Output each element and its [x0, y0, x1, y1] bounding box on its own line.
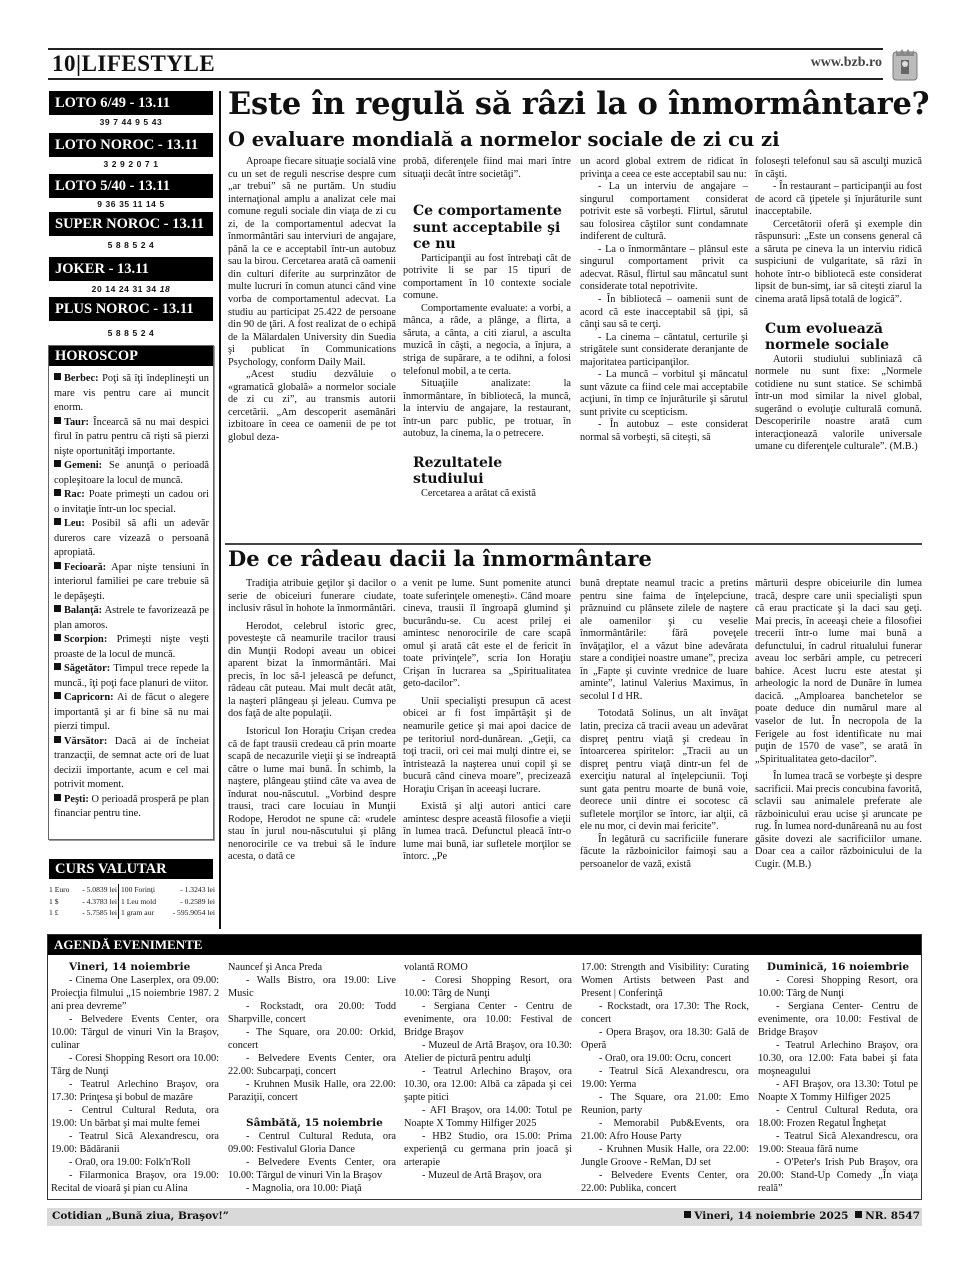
horoscope-item: Peşti: O perioadă prosperă pe plan finan… [54, 793, 209, 822]
currency-value: - 4.3783 lei [82, 896, 117, 908]
paragraph: a venit pe lume. Sunt pomenite atunci to… [403, 578, 571, 691]
horoscope-item: Fecioară: Apar nişte tensiuni în interio… [54, 561, 209, 605]
agenda-event: - Belvedere Events Center, ora 22.00: Pu… [581, 1169, 749, 1195]
paragraph: Totodată Solinus, un alt învăţat latin, … [580, 708, 748, 833]
bullet-square-icon [54, 605, 61, 612]
bullet-square-icon [54, 634, 61, 641]
currency-unit: 100 Forinţi [121, 884, 155, 896]
lotto-649-title: LOTO 6/49 - 13.11 [49, 91, 213, 115]
bullet-square-icon [684, 1211, 691, 1218]
agenda-event: - Teatrul Arlechino Braşov, ora 10.30, o… [758, 1039, 918, 1078]
agenda-event-continued: 17.00: Strength and Visibility: Curating… [581, 961, 749, 1000]
article1-subheading-3: Cum evoluează normele sociale [765, 321, 922, 354]
currency-unit: 1 £ [49, 907, 59, 919]
currency-row: 100 Forinţi- 1.3243 lei [121, 884, 215, 896]
currency-unit: 1 gram aur [121, 907, 154, 919]
sign-name: Leu: [64, 518, 85, 529]
agenda-event: - Centrul Cultural Reduta, ora 19.00: Un… [51, 1104, 219, 1130]
article1-subheading-2: Rezultatele studiului [413, 455, 571, 488]
bullet-square-icon [54, 417, 61, 424]
agenda-event: - Coresi Shopping Resort ora 10.00: Târg… [51, 1052, 219, 1078]
bullet-square-icon [54, 562, 61, 569]
article2-column-2: a venit pe lume. Sunt pomenite atunci to… [403, 578, 571, 864]
agenda-event: - Centrul Cultural Reduta, ora 18.00: Fr… [758, 1104, 918, 1130]
paragraph: - În restaurant – participanţii au fost … [755, 181, 922, 219]
agenda-event: - Belvedere Events Center, ora 22.00: Su… [228, 1052, 396, 1078]
agenda-event: - Teatrul Sică Alexandrescu, ora 19.00: … [581, 1065, 749, 1091]
article2-column-1: Tradiţia atribuie geţilor şi dacilor o s… [228, 578, 396, 864]
coat-of-arms-icon [890, 46, 920, 84]
bullet-square-icon [54, 373, 61, 380]
paragraph: În lumea tracă se vorbeşte şi despre sac… [755, 771, 922, 871]
joker-title: JOKER - 13.11 [49, 257, 213, 281]
currency-row: 1 Euro- 5.0839 lei [49, 884, 117, 896]
agenda-event: - Teatrul Arlechino Braşov, ora 17.30: P… [51, 1078, 219, 1104]
issue-date: Vineri, 14 noiembrie 2025 [694, 1210, 848, 1222]
agenda-event: - Kruhnen Musik Halle, ora 22.00: Parazi… [228, 1078, 396, 1104]
currency-column-right: 100 Forinţi- 1.3243 lei 1 Leu mold- 0.25… [119, 884, 215, 919]
paragraph: un acord global extrem de ridicat în pri… [580, 156, 748, 181]
events-agenda: AGENDĂ EVENIMENTE Vineri, 14 noiembrie -… [47, 934, 922, 1200]
agenda-event: - Belvedere Events Center, ora 10.00: Tâ… [51, 1013, 219, 1052]
agenda-event: - Teatrul Arlechino Braşov, ora 10.30, o… [404, 1065, 572, 1104]
agenda-column-3: volantă ROMO - Coresi Shopping Resort, o… [404, 961, 572, 1182]
currency-value: - 1.3243 lei [180, 884, 215, 896]
plus-noroc-title: PLUS NOROC - 13.11 [49, 297, 213, 321]
agenda-event: - Cinema One Laserplex, ora 09.00: Proie… [51, 974, 219, 1013]
agenda-event: - Coresi Shopping Resort, ora 10.00: Târ… [404, 974, 572, 1000]
agenda-event: - The Square, ora 20.00: Orkid, concert [228, 1026, 396, 1052]
agenda-event: - Opera Braşov, ora 18.30: Gală de Operă [581, 1026, 749, 1052]
page-section-title: 10|LIFESTYLE [52, 51, 215, 77]
agenda-column-5: Duminică, 16 noiembrie - Coresi Shopping… [758, 961, 918, 1195]
currency-value: - 0.2589 lei [180, 896, 215, 908]
agenda-event: - Belvedere Events Center, ora 10.00: Tâ… [228, 1156, 396, 1182]
agenda-event-continued: volantă ROMO [404, 961, 572, 974]
currency-row: 1 £- 5.7585 lei [49, 907, 117, 919]
currency-column-left: 1 Euro- 5.0839 lei 1 $- 4.3783 lei 1 £- … [49, 884, 119, 919]
bullet-square-icon [54, 794, 61, 801]
sign-name: Balanţă: [64, 605, 102, 616]
agenda-event: - AFI Braşov, ora 13.30: Totul pe Noapte… [758, 1078, 918, 1104]
currency-value: - 5.0839 lei [82, 884, 117, 896]
bullet-square-icon [54, 489, 61, 496]
article1-headline: Este în regulă să râzi la o înmormântare… [228, 86, 929, 122]
paragraph: Cercetarea a arătat că există [403, 488, 571, 501]
horoscope-item: Rac: Poate primeşti un cadou ori o invit… [54, 488, 209, 517]
agenda-event: - Ora0, ora 19.00: Folk'n'Roll [51, 1156, 219, 1169]
horoscope-item: Berbec: Poţi să îţi îndeplineşti un mare… [54, 372, 209, 416]
article-separator [225, 543, 922, 545]
plus-noroc-numbers: 5 8 8 5 2 4 [49, 328, 213, 338]
article1-column-3: un acord global extrem de ridicat în pri… [580, 156, 748, 445]
paragraph: Comportamente evaluate: a vorbi, a mânca… [403, 303, 571, 378]
issue-number: NR. 8547 [865, 1210, 920, 1222]
currency-value: - 5.7585 lei [82, 907, 117, 919]
joker-numbers: 20 14 24 31 34 18 [49, 284, 213, 294]
agenda-event: - Teatrul Sică Alexandrescu, ora 19.00: … [51, 1130, 219, 1156]
bullet-square-icon [54, 692, 61, 699]
agenda-event: - Rockstadt, ora 20.00: Todd Sharpville,… [228, 1000, 396, 1026]
loto-noroc-numbers: 3 2 9 2 0 7 1 [49, 159, 213, 169]
agenda-event: - Muzeul de Artă Braşov, ora 10.30: Atel… [404, 1039, 572, 1065]
article2-headline: De ce râdeau dacii la înmormântare [228, 546, 652, 571]
paragraph: - În autobuz – este considerat normal să… [580, 419, 748, 444]
agenda-event: - Ora0, ora 19.00: Ocru, concert [581, 1052, 749, 1065]
paragraph: Există şi alţi autori antici care aminte… [403, 801, 571, 864]
agenda-event: - Walls Bistro, ora 19.00: Live Music [228, 974, 396, 1000]
sign-name: Capricorn: [64, 692, 114, 703]
section-name: LIFESTYLE [82, 51, 216, 76]
currency-unit: 1 Leu mold [121, 896, 156, 908]
agenda-day-heading: Sâmbătă, 15 noiembrie [228, 1117, 396, 1130]
agenda-event-continued: Nauncef şi Anca Preda [228, 961, 396, 974]
agenda-column-1: Vineri, 14 noiembrie - Cinema One Laserp… [51, 961, 219, 1195]
lotto-649-numbers: 39 7 44 9 5 43 [49, 117, 213, 127]
agenda-event: - HB2 Studio, ora 15.00: Prima experienţ… [404, 1130, 572, 1169]
paragraph: probă, diferenţele fiind mai mari între … [403, 156, 571, 181]
agenda-event: - Coresi Shopping Resort, ora 10.00: Târ… [758, 974, 918, 1000]
horoscope-item: Săgetător: Timpul trece repede la muncă.… [54, 662, 209, 691]
agenda-event: - Sergiana Center- Centru de evenimente,… [758, 1000, 918, 1039]
agenda-event: - Rockstadt, ora 17.30: The Rock, concer… [581, 1000, 749, 1026]
agenda-event: - AFI Braşov, ora 14.00: Totul pe Noapte… [404, 1104, 572, 1130]
paragraph: bună dreptate neamul tracic a pretins pe… [580, 578, 748, 703]
sign-name: Peşti: [64, 794, 89, 805]
bullet-square-icon [54, 736, 61, 743]
agenda-event: - Muzeul de Artă Braşov, ora [404, 1169, 572, 1182]
paragraph: foloseşti telefonul sau să asculţi muzic… [755, 156, 922, 181]
sign-name: Berbec: [64, 373, 99, 384]
sign-name: Rac: [64, 489, 85, 500]
agenda-event: - Kruhnen Musik Halle, ora 22.00: Jungle… [581, 1143, 749, 1169]
super-noroc-title: SUPER NOROC - 13.11 [49, 212, 213, 236]
horoscope-item: Vărsător: Dacă ai de încheiat tranzacţii… [54, 735, 209, 793]
joker-main-numbers: 20 14 24 31 34 [92, 284, 157, 294]
agenda-event: - Sergiana Center - Centru de evenimente… [404, 1000, 572, 1039]
paragraph: Autorii studiului subliniază că normele … [755, 354, 922, 454]
agenda-column-2: Nauncef şi Anca Preda - Walls Bistro, or… [228, 961, 396, 1195]
currency-unit: 1 $ [49, 896, 59, 908]
bullet-square-icon [54, 663, 61, 670]
article1-column-2: probă, diferenţele fiind mai mari între … [403, 156, 571, 500]
currency-table: 1 Euro- 5.0839 lei 1 $- 4.3783 lei 1 £- … [49, 884, 215, 919]
paragraph: - La un interviu de angajare – singurul … [580, 181, 748, 244]
paragraph: Herodot, celebrul istoric grec, povesteş… [228, 621, 396, 721]
agenda-day-heading: Duminică, 16 noiembrie [758, 961, 918, 974]
horoscope-item: Scorpion: Primeşti nişte veşti proaste d… [54, 633, 209, 662]
article1-subheadline: O evaluare mondială a normelor sociale d… [228, 128, 779, 151]
horoscope-panel: HOROSCOP Berbec: Poţi să îţi îndeplineşt… [48, 345, 214, 840]
header-top-rule [48, 48, 883, 50]
super-noroc-numbers: 5 8 8 5 2 4 [49, 240, 213, 250]
article1-column-1: Aproape fiecare situaţie socială vine cu… [228, 156, 396, 445]
agenda-event: - Magnolia, ora 10.00: Piaţă [228, 1182, 396, 1195]
horoscope-item: Balanţă: Astrele te favorizează pe plan … [54, 604, 209, 633]
joker-bonus-number: 18 [160, 284, 171, 294]
paragraph: Participanţii au fost întrebaţi cât de p… [403, 253, 571, 303]
article2-column-4: mărturii despre obiceiurile din lumea tr… [755, 578, 922, 872]
agenda-column-4: 17.00: Strength and Visibility: Curating… [581, 961, 749, 1195]
page-number: 10 [52, 51, 76, 76]
sign-name: Vărsător: [64, 736, 107, 747]
issue-info: Vineri, 14 noiembrie 2025 NR. 8547 [684, 1210, 920, 1222]
horoscope-item: Capricorn: Ai de făcut o alegere importa… [54, 691, 209, 735]
header-bottom-rule [48, 78, 883, 80]
paragraph: - La o înmormântare – plânsul este singu… [580, 244, 748, 294]
currency-row: 1 Leu mold- 0.2589 lei [121, 896, 215, 908]
agenda-event: - The Square, ora 21.00: Emo Reunion, pa… [581, 1091, 749, 1117]
agenda-title: AGENDĂ EVENIMENTE [48, 935, 921, 955]
currency-row: 1 gram aur- 595.9054 lei [121, 907, 215, 919]
horoscope-item: Taur: Încearcă să nu mai despici firul î… [54, 416, 209, 460]
paragraph: - La muncă – vorbitul şi mâncatul sunt v… [580, 369, 748, 419]
bullet-square-icon [54, 460, 61, 467]
currency-row: 1 $- 4.3783 lei [49, 896, 117, 908]
horoscope-title: HOROSCOP [49, 346, 213, 366]
currency-title: CURS VALUTAR [49, 859, 213, 879]
currency-unit: 1 Euro [49, 884, 69, 896]
column-divider [219, 91, 221, 929]
paragraph: mărturii despre obiceiurile din lumea tr… [755, 578, 922, 766]
agenda-event: - Memorabil Pub&Events, ora 21.00: Afro … [581, 1117, 749, 1143]
agenda-event: - Filarmonica Braşov, ora 19.00: Recital… [51, 1169, 219, 1195]
paragraph: Istoricul Ion Horaţiu Crişan credea că d… [228, 726, 396, 864]
horoscope-item: Leu: Posibil să afli un adevăr dureros c… [54, 517, 209, 561]
paragraph: În legătură cu sacrificiile funerare făc… [580, 834, 748, 872]
paragraph: - La cinema – cântatul, certurile şi str… [580, 332, 748, 370]
sign-name: Scorpion: [64, 634, 107, 645]
paragraph: Situaţiile analizate: la înmormântare, î… [403, 378, 571, 441]
paragraph: Cercetătorii oferă şi exemple din răspun… [755, 219, 922, 307]
sign-name: Gemeni: [64, 460, 102, 471]
sign-name: Săgetător: [64, 663, 110, 674]
sign-name: Taur: [64, 417, 89, 428]
article1-subheading-1: Ce comportamente sunt acceptabile şi ce … [413, 203, 571, 253]
lotto-540-title: LOTO 5/40 - 13.11 [49, 174, 213, 198]
paragraph: „Acest studiu dezvăluie o «gramatică glo… [228, 369, 396, 444]
loto-noroc-title: LOTO NOROC - 13.11 [49, 133, 213, 157]
horoscope-item: Gemeni: Se anunţă o perioadă copleşitoar… [54, 459, 209, 488]
currency-value: - 595.9054 lei [173, 907, 215, 919]
lotto-540-numbers: 9 36 35 11 14 5 [49, 199, 213, 209]
article2-column-3: bună dreptate neamul tracic a pretins pe… [580, 578, 748, 872]
agenda-event: - Teatrul Sică Alexandrescu, ora 19.00: … [758, 1130, 918, 1156]
article1-column-4: foloseşti telefonul sau să asculţi muzic… [755, 156, 922, 454]
agenda-event: - Centrul Cultural Reduta, ora 09.00: Fe… [228, 1130, 396, 1156]
paragraph: Unii specialişti presupun că acest obice… [403, 696, 571, 796]
site-url-link[interactable]: www.bzb.ro [811, 55, 882, 71]
horoscope-list: Berbec: Poţi să îţi îndeplineşti un mare… [49, 366, 213, 822]
bullet-square-icon [855, 1211, 862, 1218]
bullet-square-icon [54, 518, 61, 525]
agenda-event: - O'Peter's Irish Pub Braşov, ora 20.00:… [758, 1156, 918, 1195]
publication-name: Cotidian „Bună ziua, Braşov!” [52, 1210, 229, 1222]
paragraph: Tradiţia atribuie geţilor şi dacilor o s… [228, 578, 396, 616]
agenda-day-heading: Vineri, 14 noiembrie [51, 961, 219, 974]
sign-name: Fecioară: [64, 562, 106, 573]
paragraph: - În bibliotecă – oamenii sunt de acord … [580, 294, 748, 332]
paragraph: Aproape fiecare situaţie socială vine cu… [228, 156, 396, 369]
